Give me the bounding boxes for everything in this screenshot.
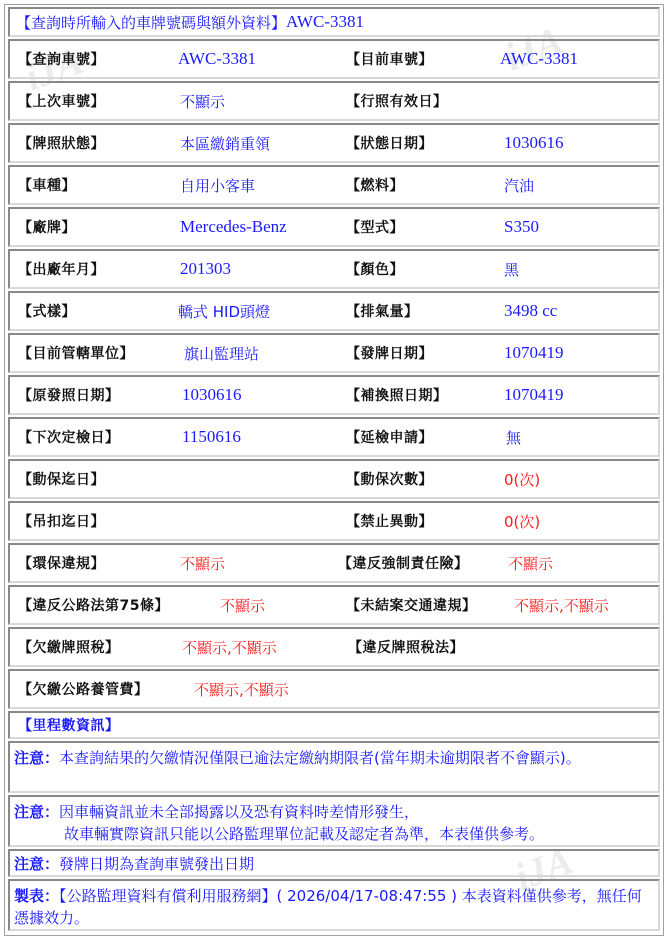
- header-row: 【查詢時所輸入的車牌號碼與額外資料】AWC-3381: [8, 7, 660, 37]
- label-model: 【型式】: [346, 209, 404, 245]
- value-reissue-license-date: 1070419: [504, 377, 564, 413]
- value-previous-plate: 不顯示: [180, 83, 225, 119]
- value-status-date: 1030616: [504, 125, 564, 161]
- label-next-inspection: 【下次定檢日】: [18, 419, 120, 455]
- label-inspection-extension: 【延檢申請】: [346, 419, 433, 455]
- info-row: 【車種】 自用小客車 【燃料】 汽油: [8, 165, 660, 205]
- label-compulsory-insurance-violation: 【違反強制責任險】: [338, 545, 469, 581]
- label-suspension-end: 【吊扣迄日】: [18, 503, 105, 539]
- info-row: 【下次定檢日】 1150616 【延檢申請】 無: [8, 417, 660, 457]
- label-plate-status: 【牌照狀態】: [18, 125, 105, 161]
- info-row: 【廠牌】 Mercedes-Benz 【型式】 S350: [8, 207, 660, 247]
- label-environmental-violation: 【環保違規】: [18, 545, 105, 581]
- label-reissue-license-date: 【補換照日期】: [346, 377, 448, 413]
- label-chattel-mortgage-end: 【動保迄日】: [18, 461, 105, 497]
- value-compulsory-insurance-violation: 不顯示: [508, 545, 553, 581]
- note-line1: 因車輛資訊並未全部揭露以及恐有資料時差情形發生，: [59, 803, 419, 821]
- label-highway-act-75: 【違反公路法第75條】: [18, 587, 169, 623]
- info-row: 【式樣】 轎式 HID頭燈 【排氣量】 3498 cc: [8, 291, 660, 331]
- label-status-date: 【狀態日期】: [346, 125, 433, 161]
- value-vehicle-type: 自用小客車: [180, 167, 255, 203]
- value-plate-status: 本區繳銷重領: [180, 125, 270, 161]
- note-key: 注意：: [14, 749, 59, 767]
- value-model: S350: [504, 209, 539, 245]
- info-row: 【欠繳公路養管費】 不顯示,不顯示: [8, 669, 660, 709]
- label-chattel-mortgage-count: 【動保次數】: [346, 461, 433, 497]
- label-jurisdiction: 【目前管轄單位】: [18, 335, 134, 371]
- info-row: 【牌照狀態】 本區繳銷重領 【狀態日期】 1030616: [8, 123, 660, 163]
- label-issue-date: 【發牌日期】: [346, 335, 433, 371]
- label-body-style: 【式樣】: [18, 293, 76, 329]
- value-manufacture-date: 201303: [180, 251, 231, 287]
- info-row: 【原發照日期】 1030616 【補換照日期】 1070419: [8, 375, 660, 415]
- page-title: 【查詢時所輸入的車牌號碼與額外資料】AWC-3381: [16, 9, 364, 35]
- note-text: 發牌日期為查詢車號發出日期: [59, 855, 254, 873]
- title-plate: AWC-3381: [286, 12, 364, 32]
- value-inspection-extension: 無: [506, 419, 521, 455]
- label-license-valid-date: 【行照有效日】: [346, 83, 448, 119]
- label-unsettled-traffic-violation: 【未結案交通違規】: [346, 587, 477, 623]
- label-brand: 【廠牌】: [18, 209, 76, 245]
- info-row: 【環保違規】 不顯示 【違反強制責任險】 不顯示: [8, 543, 660, 583]
- note-issue-date: 注意：發牌日期為查詢車號發出日期: [8, 849, 660, 877]
- note-unpaid-scope: 注意：本查詢結果的欠繳情況僅限已逾法定繳納期限者(當年期未逾期限者不會顯示)。: [8, 741, 660, 793]
- label-color: 【顏色】: [346, 251, 404, 287]
- info-row: 【動保迄日】 【動保次數】 0(次): [8, 459, 660, 499]
- value-highway-act-75: 不顯示: [220, 587, 265, 623]
- label-manufacture-date: 【出廠年月】: [18, 251, 105, 287]
- label-transfer-prohibited: 【禁止異動】: [346, 503, 433, 539]
- info-row: 【出廠年月】 201303 【顏色】 黑: [8, 249, 660, 289]
- mileage-heading: 【里程數資訊】: [18, 713, 120, 737]
- label-fuel: 【燃料】: [346, 167, 404, 203]
- label-previous-plate: 【上次車號】: [18, 83, 105, 119]
- info-row: 【上次車號】 不顯示 【行照有效日】: [8, 81, 660, 121]
- footer-text: 【公路監理資料有償利用服務網】( 2026/04/17-08:47:55 ) 本…: [14, 887, 642, 927]
- value-jurisdiction: 旗山監理站: [184, 335, 259, 371]
- value-transfer-prohibited: 0(次): [504, 503, 540, 539]
- value-color: 黑: [504, 251, 519, 287]
- label-displacement: 【排氣量】: [346, 293, 419, 329]
- footer-key: 製表：: [14, 887, 59, 905]
- label-vehicle-type: 【車種】: [18, 167, 76, 203]
- value-next-inspection: 1150616: [182, 419, 241, 455]
- info-row: 【目前管轄單位】 旗山監理站 【發牌日期】 1070419: [8, 333, 660, 373]
- note-key: 注意：: [14, 803, 59, 821]
- label-unpaid-highway-fee: 【欠繳公路養管費】: [18, 671, 149, 707]
- value-unpaid-highway-fee: 不顯示,不顯示: [194, 671, 289, 707]
- info-row: 【吊扣迄日】 【禁止異動】 0(次): [8, 501, 660, 541]
- value-issue-date: 1070419: [504, 335, 564, 371]
- value-unsettled-traffic-violation: 不顯示,不顯示: [514, 587, 609, 623]
- value-body-style: 轎式 HID頭燈: [178, 293, 270, 329]
- title-text: 【查詢時所輸入的車牌號碼與額外資料】: [16, 12, 286, 33]
- note-text: 本查詢結果的欠繳情況僅限已逾法定繳納期限者(當年期未逾期限者不會顯示)。: [59, 749, 581, 767]
- note-key: 注意：: [14, 855, 59, 873]
- report-footer: 製表：【公路監理資料有償利用服務網】( 2026/04/17-08:47:55 …: [8, 879, 660, 931]
- value-fuel: 汽油: [504, 167, 534, 203]
- value-chattel-mortgage-count: 0(次): [504, 461, 540, 497]
- value-unpaid-license-tax: 不顯示,不顯示: [182, 629, 277, 665]
- value-environmental-violation: 不顯示: [180, 545, 225, 581]
- info-row: 【違反公路法第75條】 不顯示 【未結案交通違規】 不顯示,不顯示: [8, 585, 660, 625]
- note-line2: 故車輛實際資訊只能以公路監理單位記載及認定者為準，本表僅供參考。: [14, 823, 654, 845]
- value-query-plate: AWC-3381: [178, 41, 256, 77]
- value-brand: Mercedes-Benz: [180, 209, 287, 245]
- value-original-license-date: 1030616: [182, 377, 242, 413]
- label-query-plate: 【查詢車號】: [18, 41, 105, 77]
- label-current-plate: 【目前車號】: [346, 41, 433, 77]
- mileage-section: 【里程數資訊】: [8, 711, 660, 739]
- label-original-license-date: 【原發照日期】: [18, 377, 120, 413]
- label-license-tax-law-violation: 【違反牌照稅法】: [348, 629, 464, 665]
- value-current-plate: AWC-3381: [500, 41, 578, 77]
- label-unpaid-license-tax: 【欠繳牌照稅】: [18, 629, 120, 665]
- value-displacement: 3498 cc: [504, 293, 557, 329]
- info-row: 【查詢車號】 AWC-3381 【目前車號】 AWC-3381: [8, 39, 660, 79]
- info-row: 【欠繳牌照稅】 不顯示,不顯示 【違反牌照稅法】: [8, 627, 660, 667]
- note-disclaimer: 注意：因車輛資訊並未全部揭露以及恐有資料時差情形發生， 故車輛實際資訊只能以公路…: [8, 795, 660, 847]
